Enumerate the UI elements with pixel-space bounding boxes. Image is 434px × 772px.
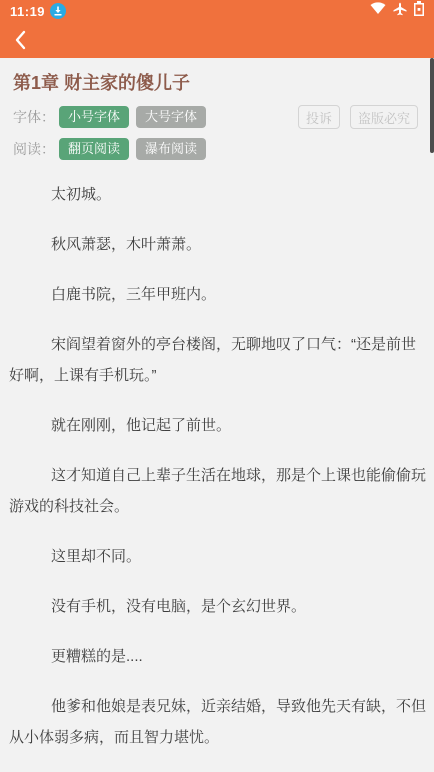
read-waterfall-button[interactable]: 瀑布阅读 [136, 138, 206, 160]
font-large-button[interactable]: 大号字体 [136, 106, 206, 128]
download-badge-icon [50, 3, 66, 19]
copyright-button[interactable]: 盗版必究 [350, 105, 418, 129]
paragraph: 太初城。 [9, 179, 426, 210]
reader-screen: 11:19 [0, 0, 434, 772]
paragraph: 宋阎望着窗外的亭台楼阁，无聊地叹了口气：“还是前世好啊，上课有手机玩。” [9, 329, 426, 391]
font-label: 字体： [13, 107, 55, 127]
read-paged-button[interactable]: 翻页阅读 [59, 138, 129, 160]
wifi-icon [370, 2, 386, 20]
read-mode-row: 阅读： 翻页阅读 瀑布阅读 [13, 137, 434, 161]
font-settings-row: 字体： 小号字体 大号字体 投诉 盗版必究 [13, 105, 434, 129]
font-small-button[interactable]: 小号字体 [59, 106, 129, 128]
paragraph: 秋风萧瑟，木叶萧萧。 [9, 229, 426, 260]
chapter-page: 第1章 财主家的傻儿子 字体： 小号字体 大号字体 投诉 盗版必究 阅读： 翻页… [0, 58, 434, 772]
chapter-title: 第1章 财主家的傻儿子 [13, 72, 421, 94]
status-bar: 11:19 [0, 0, 434, 22]
report-button[interactable]: 投诉 [298, 105, 340, 129]
chapter-body: 太初城。 秋风萧瑟，木叶萧萧。 白鹿书院，三年甲班内。 宋阎望着窗外的亭台楼阁，… [0, 179, 434, 753]
paragraph: 没有手机，没有电脑，是个玄幻世界。 [9, 591, 426, 622]
paragraph: 白鹿书院，三年甲班内。 [9, 279, 426, 310]
battery-icon [414, 1, 424, 21]
scrollbar-thumb[interactable] [430, 58, 434, 153]
back-icon[interactable] [8, 27, 34, 53]
paragraph: 更糟糕的是.... [9, 641, 426, 672]
read-label: 阅读： [13, 139, 55, 159]
status-bar-right [370, 1, 424, 21]
paragraph: 就在刚刚，他记起了前世。 [9, 410, 426, 441]
airplane-icon [393, 2, 407, 21]
header [0, 22, 434, 58]
paragraph: 这里却不同。 [9, 541, 426, 572]
paragraph: 他爹和他娘是表兄妹，近亲结婚，导致他先天有缺，不但从小体弱多病，而且智力堪忧。 [9, 691, 426, 753]
paragraph: 这才知道自己上辈子生活在地球，那是个上课也能偷偷玩游戏的科技社会。 [9, 460, 426, 522]
status-bar-left: 11:19 [10, 3, 66, 19]
status-time: 11:19 [10, 4, 45, 19]
